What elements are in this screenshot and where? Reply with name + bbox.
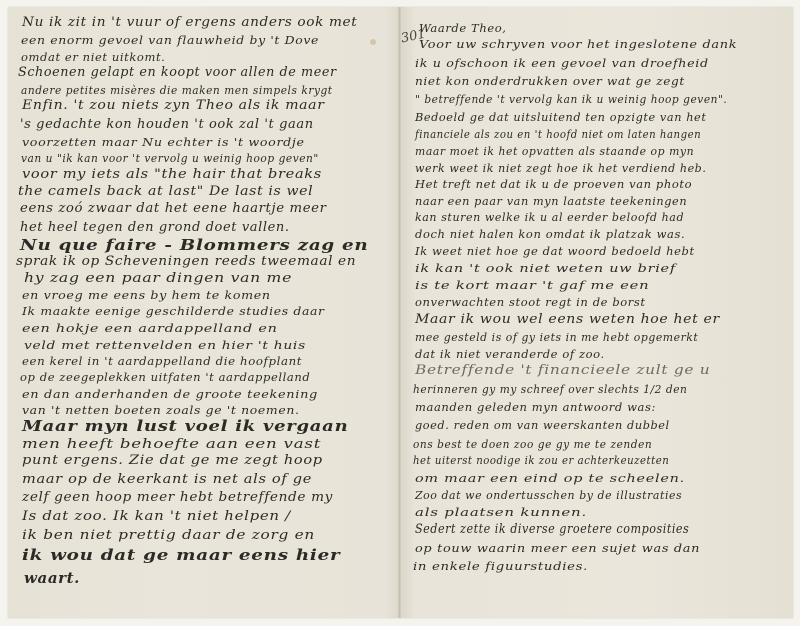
left-line-8: voorzetten maar Nu echter is 't woordje: [22, 135, 305, 149]
right-line-6: Bedoeld ge dat uitsluitend ten opzigte v…: [415, 110, 706, 124]
left-line-13: het heel tegen den grond doet vallen.: [20, 220, 290, 235]
right-line-18: Maar ik wou wel eens weten hoe het er: [415, 312, 720, 327]
right-line-31: op touw waarin meer een sujet was dan: [415, 541, 700, 555]
right-line-4: niet kon onderdrukken over wat ge zegt: [415, 74, 685, 88]
right-line-15: ik kan 't ook niet weten uw brief: [415, 261, 676, 275]
letter-sheet: Nu ik zit in 't vuur of ergens anders oo…: [8, 7, 793, 618]
left-line-27: punt ergens. Zie dat ge me zegt hoop: [22, 453, 323, 468]
left-line-32: ik wou dat ge maar eens hier: [22, 546, 340, 564]
left-line-14: Nu que faire - Blommers zag en: [20, 236, 368, 254]
right-line-1: Waarde Theo,: [419, 21, 507, 35]
left-line-29: zelf geen hoop meer hebt betreffende my: [22, 490, 333, 505]
right-line-29: als plaatsen kunnen.: [415, 505, 587, 519]
right-line-27: om maar een eind op te scheelen.: [415, 471, 685, 485]
right-line-11: naar een paar van myn laatste teekeninge…: [415, 194, 687, 208]
left-line-33: waart.: [24, 569, 80, 587]
left-line-3: omdat er niet uitkomt.: [21, 50, 165, 64]
right-line-14: Ik weet niet hoe ge dat woord bedoeld he…: [415, 244, 695, 258]
right-line-30: Sedert zette ik diverse groetere composi…: [415, 522, 689, 537]
left-line-4: Schoenen gelapt en koopt voor allen de m…: [18, 65, 337, 80]
right-line-26: het uiterst noodige ik zou er achterkeuz…: [413, 453, 669, 467]
left-line-7: 's gedachte kon houden 't ook zal 't gaa…: [20, 117, 314, 132]
left-line-30: Is dat zoo. Ik kan 't niet helpen /: [22, 509, 291, 524]
left-line-6: Enfin. 't zou niets zyn Theo als ik maar: [22, 98, 325, 113]
right-line-9: werk weet ik niet zegt hoe ik het verdie…: [415, 161, 706, 175]
right-line-23: maanden geleden myn antwoord was:: [415, 400, 656, 414]
right-line-20: dat ik niet veranderde of zoo.: [415, 347, 605, 361]
right-line-17: onverwachten stoot regt in de borst: [415, 295, 646, 309]
left-line-9: van u "ik kan voor 't vervolg u weinig h…: [21, 151, 319, 165]
right-line-5: " betreffende 't vervolg kan ik u weinig…: [415, 92, 727, 106]
left-page: Nu ik zit in 't vuur of ergens anders oo…: [8, 7, 398, 618]
left-line-31: ik ben niet prettig daar de zorg en: [22, 528, 315, 543]
right-line-21: Betreffende 't financieele zult ge u: [415, 363, 710, 378]
right-line-8: maar moet ik het opvatten als staande op…: [415, 144, 694, 158]
right-line-28: Zoo dat we ondertusschen by de illustrat…: [415, 488, 682, 502]
left-line-12: eens zoó zwaar dat het eene haartje meer: [20, 201, 327, 216]
left-line-25: Maar myn lust voel ik vergaan: [22, 417, 348, 435]
left-line-23: en dan anderhanden de groote teekening: [22, 387, 318, 401]
right-line-22: herinneren gy my schreef over slechts 1/…: [413, 382, 687, 396]
left-line-5: andere petites misères die maken men sim…: [21, 83, 333, 97]
right-line-16: is te kort maar 't gaf me een: [415, 278, 649, 292]
left-line-20: veld met rettenvelden en hier 't huis: [24, 338, 306, 352]
left-line-10: voor my iets als "the hair that breaks: [22, 167, 322, 182]
document-viewer: Nu ik zit in 't vuur of ergens anders oo…: [0, 0, 800, 626]
left-line-28: maar op de keerkant is net als of ge: [22, 472, 312, 487]
right-line-7: financiele als zou en 't hoofd niet om l…: [415, 127, 701, 141]
left-line-11: the camels back at last" De last is wel: [18, 184, 313, 199]
right-line-10: Het treft net dat ik u de proeven van ph…: [415, 177, 692, 191]
left-line-15: sprak ik op Scheveningen reeds tweemaal …: [16, 254, 356, 269]
left-line-26: men heeft behoefte aan een vast: [22, 437, 321, 452]
right-line-13: doch niet halen kon omdat ik platzak was…: [415, 227, 685, 241]
right-line-24: goed. reden om van weerskanten dubbel: [415, 418, 670, 432]
right-line-25: ons best te doen zoo ge gy me te zenden: [413, 437, 652, 451]
left-line-19: een hokje een aardappelland en: [22, 321, 278, 335]
left-line-17: en vroeg me eens by hem te komen: [22, 288, 271, 302]
left-line-24: van 't netten boeten zoals ge 't noemen.: [22, 403, 300, 417]
right-line-2: Voor uw schryven voor het ingeslotene da…: [419, 37, 737, 51]
left-line-1: Nu ik zit in 't vuur of ergens anders oo…: [22, 15, 357, 30]
right-line-32: in enkele figuurstudies.: [413, 559, 588, 573]
right-page: 301 Waarde Theo, Voor uw schryven voor h…: [401, 7, 793, 618]
left-line-2: een enorm gevoel van flauwheid by 't Dov…: [21, 33, 319, 47]
right-line-3: ik u ofschoon ik een gevoel van droefhei…: [415, 56, 709, 70]
left-line-21: een kerel in 't aardappelland die hoofpl…: [22, 354, 302, 368]
right-line-12: kan sturen welke ik u al eerder beloofd …: [415, 210, 684, 224]
left-line-16: hy zag een paar dingen van me: [24, 271, 292, 286]
right-line-19: mee gesteld is of gy iets in me hebt opg…: [415, 330, 698, 344]
left-line-18: Ik maakte eenige geschilderde studies da…: [22, 304, 325, 318]
left-line-22: op de zeegeplekken uitfaten 't aardappel…: [20, 370, 310, 384]
